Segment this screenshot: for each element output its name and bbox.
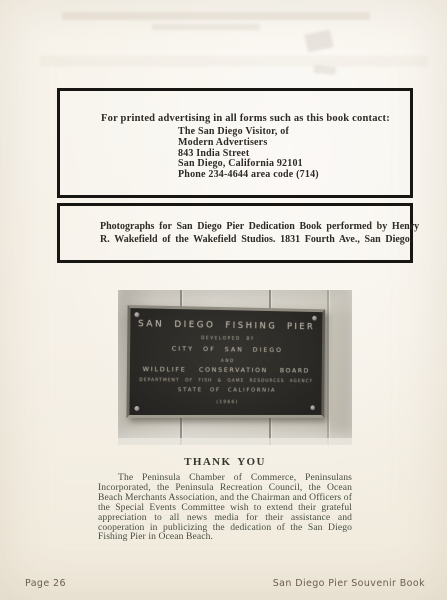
plaque-screw [310,405,315,410]
wall-base-strip [118,438,352,445]
advertising-intro-line: For printed advertising in all forms suc… [101,113,390,124]
advertising-address-block: The San Diego Visitor, of Modern Adverti… [178,127,319,181]
credit-line: Photographs for San Diego Pier Dedicatio… [100,221,372,232]
book-title: San Diego Pier Souvenir Book [273,578,425,589]
bleed-through-mark [62,12,370,20]
advertising-contact-box: For printed advertising in all forms suc… [57,88,413,198]
plaque-screw [134,406,139,411]
photo-credit-box: Photographs for San Diego Pier Dedicatio… [57,203,413,263]
plaque-state-line: STATE OF CALIFORNIA [130,387,322,394]
page-number: Page 26 [25,578,66,589]
bleed-through-mark [40,56,428,67]
plaque-board-line: WILDLIFE CONSERVATION BOARD [130,365,322,375]
bleed-through-mark [152,24,260,30]
thank-you-paragraph: The Peninsula Chamber of Commerce, Penin… [98,473,352,542]
plaque-developed-by: DEVELOPED BY [130,335,322,343]
pencil-smudge [314,65,337,75]
plaque-year-line: (1966) [130,400,322,405]
address-line: Modern Advertisers [178,138,319,149]
plaque-and-line: AND [130,358,322,365]
plaque-city-line: CITY OF SAN DIEGO [130,344,322,354]
plaque-title: SAN DIEGO FISHING PIER [130,319,322,332]
plaque-screw [312,316,317,321]
dedication-plaque: SAN DIEGO FISHING PIER DEVELOPED BY CITY… [126,305,325,418]
plaque-photograph: SAN DIEGO FISHING PIER DEVELOPED BY CITY… [118,290,352,445]
plaque-screw [134,312,139,317]
thank-you-heading: THANK YOU [98,456,352,468]
address-line: Phone 234-4644 area code (714) [178,170,319,181]
plaque-department-line: DEPARTMENT OF FISH & GAME RESOURCES AGEN… [130,378,322,384]
pencil-smudge [304,29,333,52]
credit-line: R. Wakefield of the Wakefield Studios. 1… [100,234,372,245]
thank-you-section: THANK YOU The Peninsula Chamber of Comme… [98,456,352,542]
scanned-book-page: For printed advertising in all forms suc… [0,0,447,600]
wall-seam [327,290,329,445]
